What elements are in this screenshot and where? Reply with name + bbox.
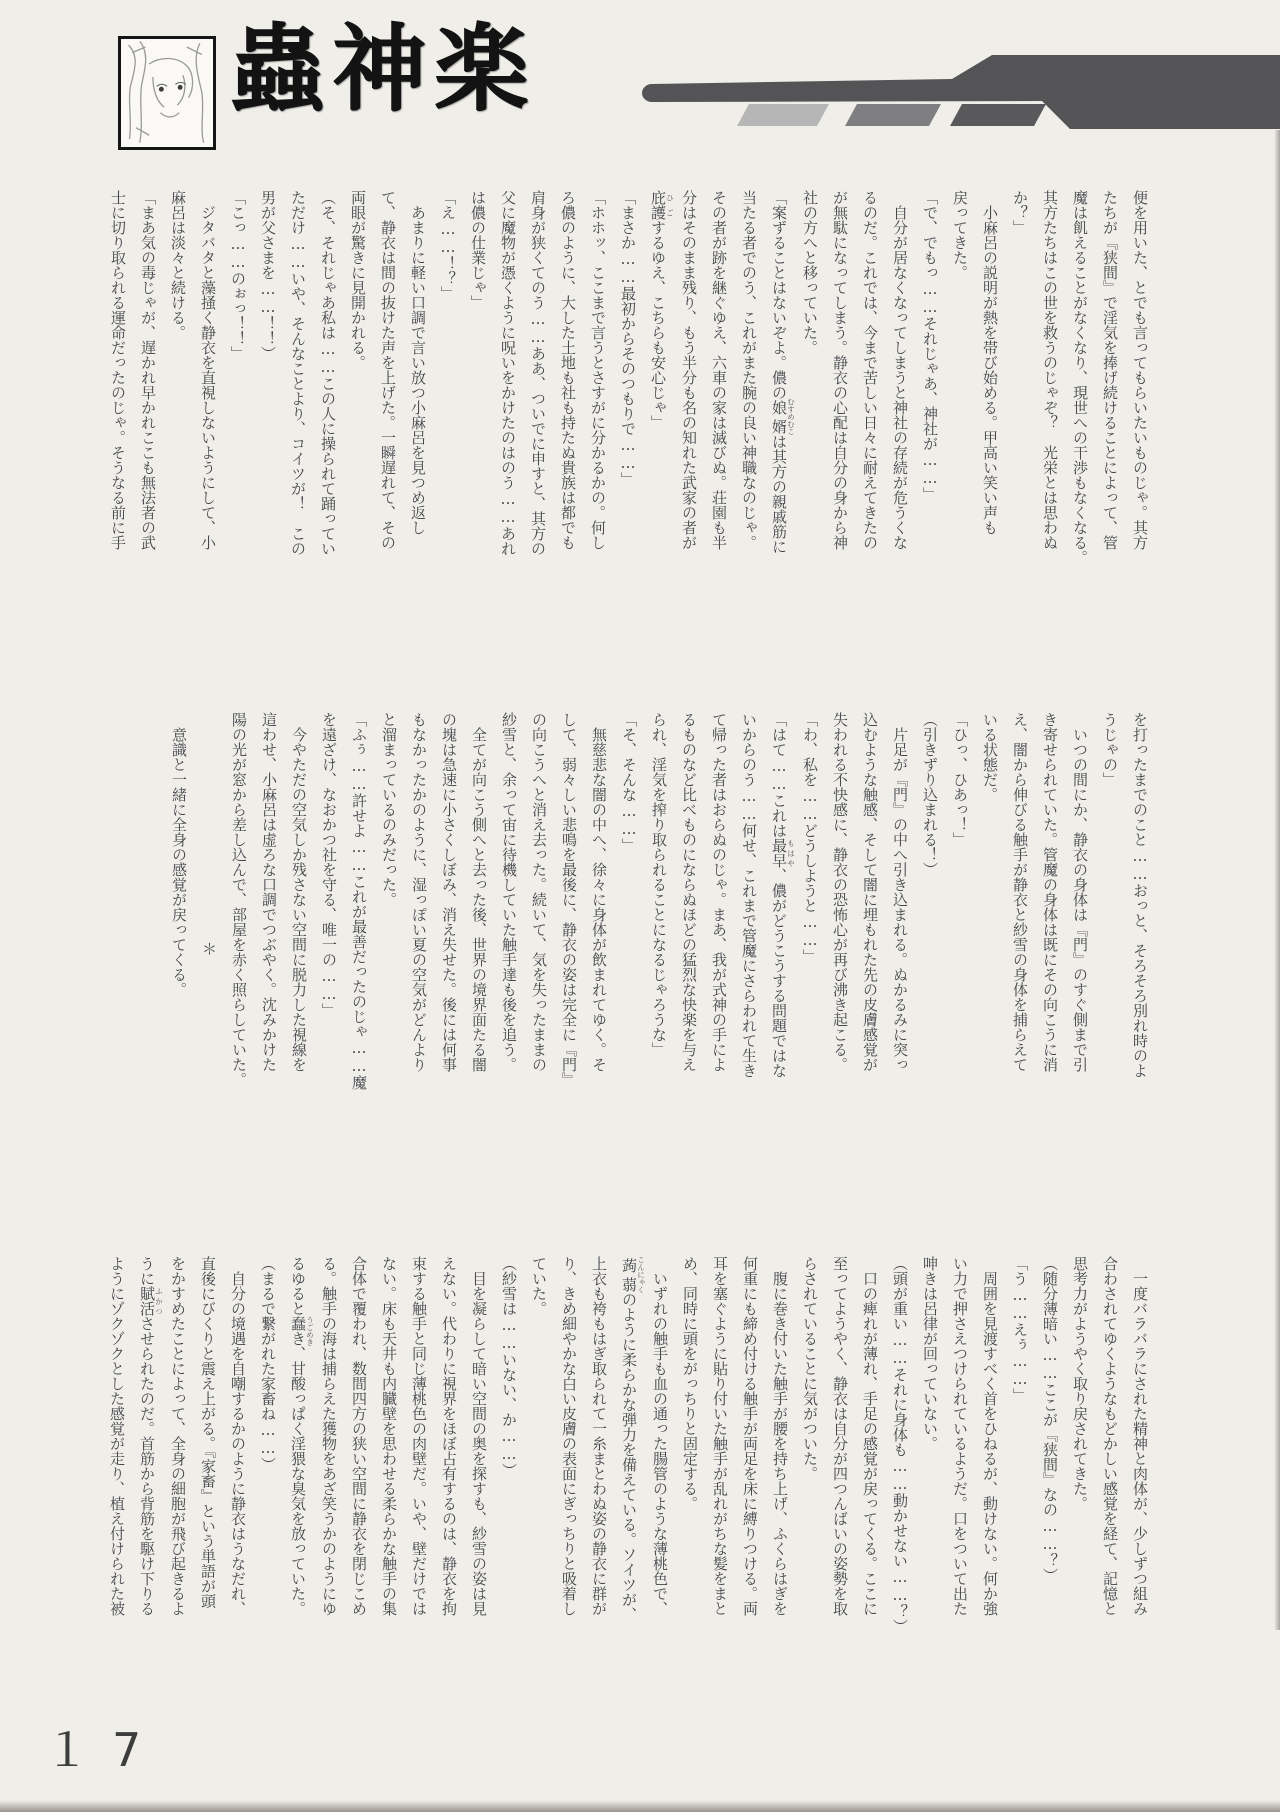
text-band-top: 便を用いた、とでも言ってもらいたいものじゃ。其方たちが『狭間』で淫気を捧げ続ける… [103,190,1155,662]
text-column: 「え……！？」 [433,190,463,662]
text-column: 片足が『門』の中へ引き込まれる。ぬかるみに突っ [885,712,915,1184]
text-column: 社の方へと移っていた。 [795,190,825,662]
text-column: たちが『狭間』で淫気を捧げ続けることによって、管 [1095,190,1125,662]
text-column: 一度バラバラにされた精神と肉体が、少しずつ組み [1125,1256,1155,1728]
text-column: その者が跡を継ぐゆえ、六車の家は滅びぬ。荘園も半 [704,190,734,662]
text-column: 無慈悲な闇の中へ、徐々に身体が飲まれてゆく。そ [584,712,614,1184]
text-column: て帰った者はおらぬのじゃ。まあ、我が式神の手によ [704,712,734,1184]
text-column: 自分の境遇を自嘲するかのように静衣はうなだれ、 [223,1256,253,1728]
text-column: 父に魔物が憑くように呪いをかけたのはのう……あれ [493,190,523,662]
text-column: 魔は飢えることがなくなり、現世への干渉もなくなる。 [1065,190,1095,662]
text-column: いからのう……何せ、これまで管魔にさらわれて生き [734,712,764,1184]
text-column: と溜まっているのみだった。 [374,712,404,1184]
text-column: ろ儂のように、大した土地も社も持たぬ貴族は都でも [553,190,583,662]
text-column: 思考力がようやく取り戻されてきた。 [1065,1256,1095,1728]
scan-shadow-bottom [0,1800,1280,1812]
text-band-bottom: 一度バラバラにされた精神と肉体が、少しずつ組み合わされてゆくようなもどかしい感覚… [102,1256,1155,1728]
text-column: ＊ [194,712,224,1184]
text-column: 「はて……これは最早もはや、儂がどうこうする問題ではな [764,712,795,1184]
text-column: え、闇から伸びる触手が静衣と紗雪の身体を捕らえて [1005,712,1035,1184]
page-number: １7 [44,1714,163,1780]
text-column: 合体で覆われ、数間四方の狭い空間に静衣を閉じこめ [344,1256,374,1728]
text-column: （頭が重い……それに身体も……動かせない……？） [885,1256,915,1728]
text-column: 意識と一緒に全身の感覚が戻ってくる。 [164,712,194,1184]
text-column: 「わ、私を……どうしようと……」 [795,712,825,1184]
text-column: 「こっ……のぉっ！！」 [223,190,253,662]
text-column: 「で、でもっ……それじゃあ、神社が……」 [915,190,945,662]
text-column: もなかったかのように、湿っぽい夏の空気がどんより [404,712,434,1184]
text-column: うじゃの」 [1095,712,1125,1184]
text-column: 自分が居なくなってしまうと神社の存続が危うくな [885,190,915,662]
text-column: （紗雪は……いない、か……） [494,1256,524,1728]
text-column: 戻ってきた。 [945,190,975,662]
text-column: 庇護ひごするゆえ、こちらも安心じゃ」 [643,190,674,662]
text-column: 肩身が狭くてのう……ああ、ついでに申すと、其方の [523,190,553,662]
text-column: （引きずり込まれる！） [915,712,945,1184]
text-column: を遠ざけ、なおかつ社を守る、唯一の……」 [314,712,344,1184]
text-column: り、きめ細やかな白い皮膚の表面にぎっちりと吸着し [554,1256,584,1728]
text-column: ジタバタと藻掻く静衣を直視しないようにして、小 [193,190,223,662]
decoration-chip-dark [950,104,1046,126]
text-column: 呻きは呂律が回っていない。 [915,1256,945,1728]
text-column: 這わせ、小麻呂は虚ろな口調でつぶやく。沈みかけた [254,712,284,1184]
text-column: らされていることに気がついた。 [795,1256,825,1728]
decoration-chip-light [737,104,829,126]
text-column: 「そ、そんな……」 [614,712,644,1184]
text-column: が無駄になってしまう。静衣の心配は自分の身から神 [825,190,855,662]
text-column: 其方たちはこの世を救うのじゃぞ？ 光栄とは思わぬ [1035,190,1065,662]
text-column: るのだ。これでは、今まで苦しい日々に耐えてきたの [855,190,885,662]
text-column: （随分薄暗い……ここが『狭間』なの……？） [1035,1256,1065,1728]
text-column: 「まさか……最初からそのつもりで……」 [613,190,643,662]
text-column: か？」 [1005,190,1035,662]
text-column: 束する触手と同じ薄桃色の肉壁だ。いや、壁だけでは [404,1256,434,1728]
text-column: いずれの触手も血の通った腸管のような薄桃色で、 [645,1256,675,1728]
text-column: るゆると蠢きうごめき、甘酸っぱく淫猥な臭気を放っていた。 [283,1256,314,1728]
decoration-chip-mid [845,104,941,126]
text-column: 陽の光が窓から差し込んで、部屋を赤く照らしていた。 [224,712,254,1184]
text-column: 全てが向こう側へと去った後、世界の境界面たる闇 [464,712,494,1184]
text-column: 耳を塞ぐように貼り付いた触手が乱れがちな髪をまと [705,1256,735,1728]
text-column: 麻呂は淡々と続ける。 [163,190,193,662]
text-column: 当たる者でのう、これがまた腕の良い神職なのじゃ。 [734,190,764,662]
text-column: 何重にも締め付ける触手が両足を床に縛りつける。両 [735,1256,765,1728]
text-column: の塊は急速に小さくしぼみ、消え失せた。後には何事 [434,712,464,1184]
text-column: 紗雪と、余って宙に待機していた触手達も後を追う。 [494,712,524,1184]
text-column: 今やただの空気しか残さない空間に脱力した視線を [284,712,314,1184]
text-column: あまりに軽い口調で言い放つ小麻呂を見つめ返し [403,190,433,662]
text-column: して、弱々しい悲鳴を最後に、静衣の姿は完全に『門』 [554,712,584,1184]
text-column: をかすめたことによって、全身の細胞が飛び起きるよ [163,1256,193,1728]
text-column: 至ってようやく、静衣は自分が四つんばいの姿勢を取 [825,1256,855,1728]
text-column: ようにゾクゾクとした感覚が走り、植え付けられた被 [102,1256,132,1728]
page-header: 蟲神楽 [0,0,1280,160]
text-column: ただけ……いや、そんなことより、コイツが！ この [283,190,313,662]
text-column: 「まあ気の毒じゃが、遅かれ早かれここも無法者の武 [133,190,163,662]
text-column: る。触手の海は捕らえた獲物をあざ笑うかのようにゆ [314,1256,344,1728]
text-column: いる状態だ。 [975,712,1005,1184]
text-column: め、同時に頭をがっちりと固定する。 [675,1256,705,1728]
text-column: （そ、それじゃあ私は……この人に操られて踊ってい [313,190,343,662]
text-column: 直後にびくりと震え上がる。『家畜』という単語が頭 [193,1256,223,1728]
text-column: えない。代わりに視界をほぼ占有するのは、静衣を拘 [434,1256,464,1728]
text-column: 目を凝らして暗い空間の奥を探すも、紗雪の姿は見 [464,1256,494,1728]
header-decoration-graphic [0,0,1280,160]
text-column: は儂の仕業じゃ」 [463,190,493,662]
text-column: の向こうへと消え去った。続いて、気を失ったままの [524,712,554,1184]
text-column: 「ふぅ……許せよ……これが最善だったのじゃ……魔 [344,712,374,1184]
text-column: 両眼が驚きに見開かれる。 [343,190,373,662]
text-column: 蒟蒻こんにゃくのように柔らかな弾力を備えている。ソイツが、 [614,1256,645,1728]
text-column: 周囲を見渡すべく首をひねるが、動けない。何か強 [975,1256,1005,1728]
scan-edge-right [1274,130,1280,1630]
text-band-middle: を打ったまでのこと……おっと、そろそろ別れ時のようじゃの」 いつの間にか、静衣の… [164,712,1155,1184]
text-column: られ、淫気を搾り取られることになるじゃろうな」 [644,712,674,1184]
text-column: 小麻呂の説明が熱を帯び始める。甲高い笑い声も [975,190,1005,662]
text-column: き寄せられていた。管魔の身体は既にその向こうに消 [1035,712,1065,1184]
text-column: 「ひっ、ひあっ！」 [945,712,975,1184]
text-column: 合わされてゆくようなもどかしい感覚を経て、記憶と [1095,1256,1125,1728]
text-column: （まるで繋がれた家畜ね……） [253,1256,283,1728]
text-column: うに賦活ふかつさせられたのだ。首筋から背筋を駆け下りる [132,1256,163,1728]
text-column: い力で押さえつけられているようだ。口をついて出た [945,1256,975,1728]
text-column: 「ホホッ、ここまで言うとさすがに分かるかの。何し [583,190,613,662]
text-column: ていた。 [524,1256,554,1728]
scanned-book-page: 蟲神楽 便を用いた、とでも言ってもらいたいものじゃ。其方たちが『狭間』で淫気を捧… [0,0,1280,1812]
text-column: 上衣も袴もはぎ取られて一糸まとわぬ姿の静衣に群が [584,1256,614,1728]
text-column: 便を用いた、とでも言ってもらいたいものじゃ。其方 [1125,190,1155,662]
text-column: 腹に巻き付いた触手が腰を持ち上げ、ふくらはぎを [765,1256,795,1728]
text-column: て、静衣は間の抜けた声を上げた。一瞬遅れて、その [373,190,403,662]
text-column: 失われる不快感に、静衣の恐怖心が再び沸き起こる。 [825,712,855,1184]
text-column: 「案ずることはないぞよ。儂の娘婿むすめむこは其方の親戚筋に [764,190,795,662]
text-column: 口の痺れが薄れ、手足の感覚が戻ってくる。ここに [855,1256,885,1728]
text-column: ない。床も天井も内臓壁を思わせる柔らかな触手の集 [374,1256,404,1728]
text-column: 男が父さまを……！！） [253,190,283,662]
text-column: 士に切り取られる運命だったのじゃ。そうなる前に手 [103,190,133,662]
text-column: 込むような触感、そして闇に埋もれた先の皮膚感覚が [855,712,885,1184]
text-column: 「う……えぅ……」 [1005,1256,1035,1728]
text-column: 分はそのまま残り、もう半分も名の知れた武家の者が [674,190,704,662]
text-column: を打ったまでのこと……おっと、そろそろ別れ時のよ [1125,712,1155,1184]
text-column: るものなど比べものにならぬほどの猛烈な快楽を与え [674,712,704,1184]
text-column: いつの間にか、静衣の身体は『門』のすぐ側まで引 [1065,712,1095,1184]
